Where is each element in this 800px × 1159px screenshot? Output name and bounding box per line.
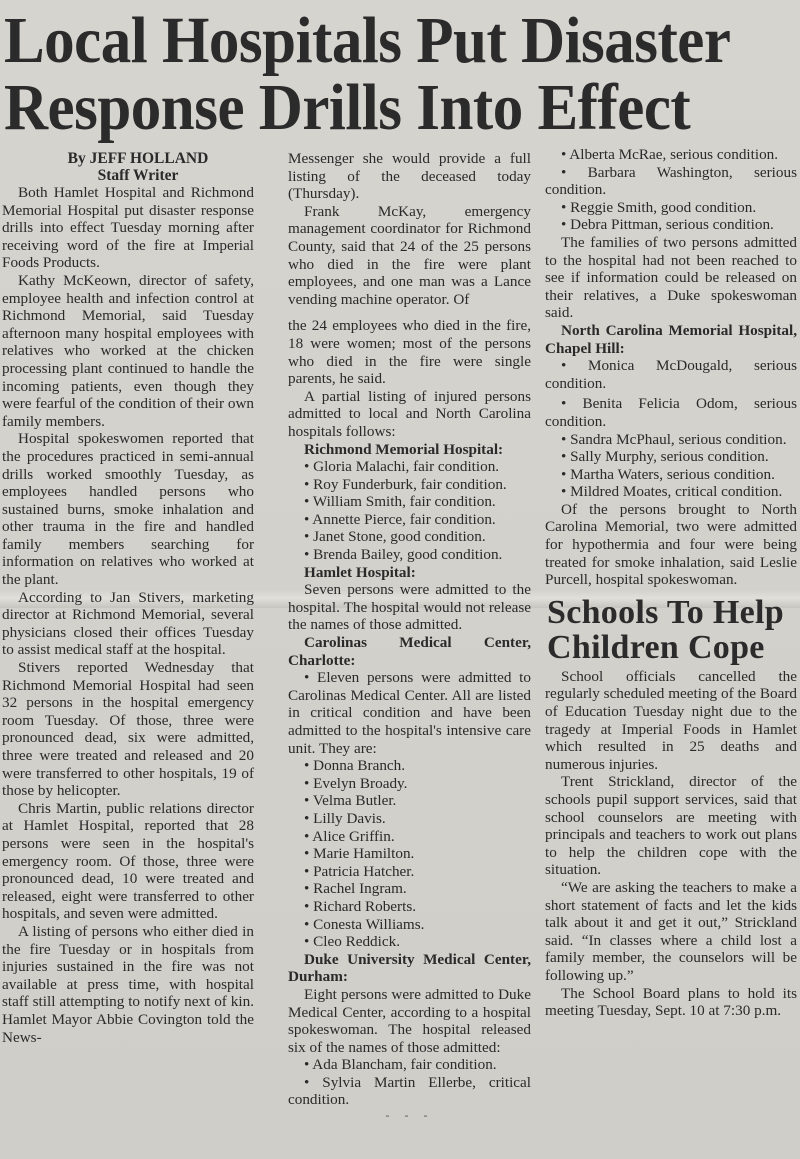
patient-item: • Janet Stone, good condition. [288, 528, 531, 546]
patient-item: • Donna Branch. [288, 757, 531, 775]
column-3: • Alberta McRae, serious condition. • Ba… [545, 146, 797, 1020]
paragraph: Chris Martin, public relations director … [2, 800, 254, 923]
byline-author: By JEFF HOLLAND [22, 150, 254, 167]
paragraph: Messenger she would provide a full listi… [288, 150, 531, 203]
patient-item: • Barbara Washington, serious condition. [545, 164, 797, 199]
newspaper-page: Local Hospitals Put Disaster Response Dr… [0, 0, 800, 1159]
hospital-heading-duke: Duke University Medical Center, Durham: [288, 951, 531, 986]
patient-item: • Debra Pittman, serious condition. [545, 216, 797, 234]
patient-item: • Sylvia Martin Ellerbe, critical condit… [288, 1074, 531, 1109]
headline-line-2: Response Drills Into Effect [4, 72, 690, 144]
patient-item: • Sally Murphy, serious condition. [545, 448, 797, 466]
patient-item: • Patricia Hatcher. [288, 863, 531, 881]
patient-item: • William Smith, fair condition. [288, 493, 531, 511]
paragraph: Frank McKay, emergency management coordi… [288, 203, 531, 309]
byline: By JEFF HOLLAND Staff Writer [22, 150, 254, 184]
patient-item: • Rachel Ingram. [288, 880, 531, 898]
paragraph: The School Board plans to hold its meeti… [545, 985, 797, 1020]
headline-line-1: Local Hospitals Put Disaster [4, 5, 730, 77]
hospital-heading-hamlet: Hamlet Hospital: [288, 564, 531, 582]
paragraph: Eight persons were admitted to Duke Medi… [288, 986, 531, 1056]
patient-item: • Sandra McPhaul, serious condition. [545, 431, 797, 449]
hospital-heading-richmond: Richmond Memorial Hospital: [288, 441, 531, 459]
patient-item: • Gloria Malachi, fair condition. [288, 458, 531, 476]
paragraph: According to Jan Stivers, marketing dire… [2, 589, 254, 659]
paragraph: • Eleven persons were admitted to Caroli… [288, 669, 531, 757]
patient-item: • Cleo Reddick. [288, 933, 531, 951]
paragraph: A listing of persons who either died in … [2, 923, 254, 1046]
patient-item: • Benita Felicia Odom, serious condition… [545, 395, 797, 430]
paragraph: the 24 employees who died in the fire, 1… [288, 317, 531, 387]
paragraph: Of the persons brought to North Carolina… [545, 501, 797, 589]
sidebar-headline: Schools To Help Children Cope [547, 595, 797, 665]
patient-item: • Velma Butler. [288, 792, 531, 810]
paragraph: The families of two persons admitted to … [545, 234, 797, 322]
spacer [288, 308, 531, 317]
patient-item: • Ada Blancham, fair condition. [288, 1056, 531, 1074]
patient-item: • Roy Funderburk, fair condition. [288, 476, 531, 494]
patient-item: • Marie Hamilton. [288, 845, 531, 863]
paragraph: Kathy McKeown, director of safety, emplo… [2, 272, 254, 430]
patient-item: • Conesta Williams. [288, 916, 531, 934]
patient-item: • Monica McDougald, serious condition. [545, 357, 797, 392]
patient-item: • Brenda Bailey, good condition. [288, 546, 531, 564]
end-mark: - - - [288, 1109, 531, 1121]
paragraph: “We are asking the teachers to make a sh… [545, 879, 797, 985]
column-1: By JEFF HOLLAND Staff Writer Both Hamlet… [2, 150, 254, 1046]
patient-item: • Evelyn Broady. [288, 775, 531, 793]
byline-role: Staff Writer [22, 167, 254, 184]
patient-item: • Richard Roberts. [288, 898, 531, 916]
paragraph: Hospital spokeswomen reported that the p… [2, 430, 254, 588]
patient-item: • Alice Griffin. [288, 828, 531, 846]
paragraph: Stivers reported Wednesday that Richmond… [2, 659, 254, 800]
patient-item: • Mildred Moates, critical condition. [545, 483, 797, 501]
main-headline: Local Hospitals Put Disaster Response Dr… [4, 8, 800, 142]
column-2: Messenger she would provide a full listi… [288, 150, 531, 1121]
paragraph: School officials cancelled the regularly… [545, 668, 797, 774]
patient-item: • Reggie Smith, good condition. [545, 199, 797, 217]
paragraph: A partial listing of injured persons adm… [288, 388, 531, 441]
hospital-heading-unc: North Carolina Memorial Hospital, Chapel… [545, 322, 797, 357]
patient-item: • Alberta McRae, serious condition. [545, 146, 797, 164]
patient-item: • Annette Pierce, fair condition. [288, 511, 531, 529]
paragraph: Trent Strickland, director of the school… [545, 773, 797, 879]
hospital-heading-carolinas: Carolinas Medical Center, Charlotte: [288, 634, 531, 669]
patient-item: • Martha Waters, serious condition. [545, 466, 797, 484]
paragraph: Seven persons were admitted to the hospi… [288, 581, 531, 634]
patient-item: • Lilly Davis. [288, 810, 531, 828]
paragraph: Both Hamlet Hospital and Richmond Memori… [2, 184, 254, 272]
